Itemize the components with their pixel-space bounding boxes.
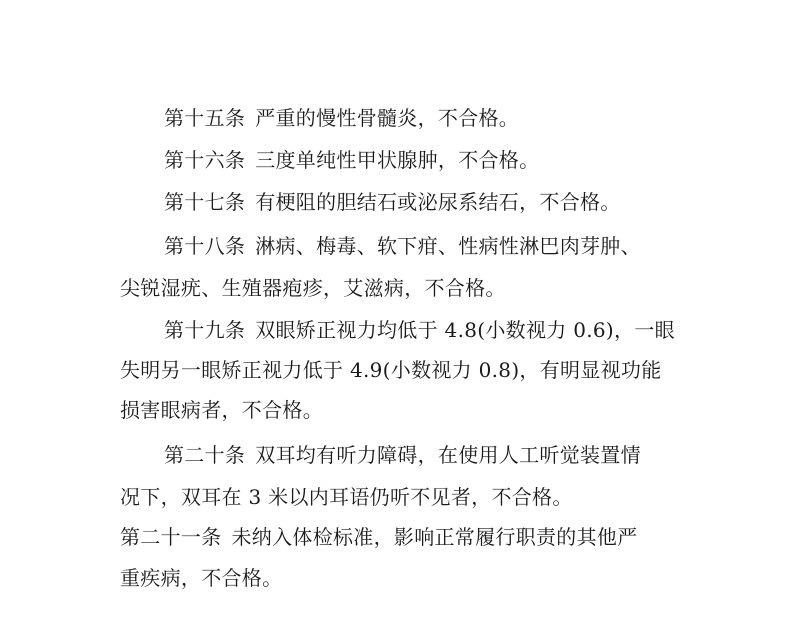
article-number: 第十六条 — [164, 148, 245, 172]
article-21: 第二十一条未纳入体检标准，影响正常履行职责的其他严 — [120, 525, 638, 549]
article-text: 有梗阻的胆结石或泌尿系结石，不合格。 — [255, 190, 620, 214]
article-number: 第二十条 — [164, 443, 245, 467]
article-16: 第十六条三度单纯性甲状腺肿，不合格。 — [164, 148, 539, 172]
article-text: 淋病、梅毒、软下疳、性病性淋巴肉芽肿、 — [255, 234, 641, 258]
article-number: 第十七条 — [164, 190, 245, 214]
article-17: 第十七条有梗阻的胆结石或泌尿系结石，不合格。 — [164, 190, 621, 214]
article-text: 严重的慢性骨髓炎，不合格。 — [255, 106, 519, 130]
article-19-cont-2: 损害眼病者，不合格。 — [120, 398, 323, 422]
article-20: 第二十条双耳均有听力障碍，在使用人工听觉装置情 — [164, 443, 641, 467]
article-18-cont: 尖锐湿疣、生殖器疱疹，艾滋病，不合格。 — [120, 276, 506, 300]
article-number: 第十八条 — [164, 234, 245, 258]
article-text: 三度单纯性甲状腺肿，不合格。 — [255, 148, 539, 172]
article-20-cont: 况下，双耳在 3 米以内耳语仍听不见者，不合格。 — [120, 485, 573, 509]
article-18: 第十八条淋病、梅毒、软下疳、性病性淋巴肉芽肿、 — [164, 234, 641, 258]
article-21-cont: 重疾病，不合格。 — [120, 566, 282, 590]
article-19-cont-1: 失明另一眼矫正视力低于 4.9(小数视力 0.8)，有明显视功能 — [120, 358, 662, 382]
article-number: 第二十一条 — [120, 525, 222, 549]
article-15: 第十五条严重的慢性骨髓炎，不合格。 — [164, 106, 519, 130]
article-number: 第十五条 — [164, 106, 245, 130]
article-text: 双眼矫正视力均低于 4.8(小数视力 0.6)，一眼 — [255, 318, 675, 342]
article-number: 第十九条 — [164, 318, 245, 342]
article-19: 第十九条双眼矫正视力均低于 4.8(小数视力 0.6)，一眼 — [164, 318, 675, 342]
article-text: 双耳均有听力障碍，在使用人工听觉装置情 — [255, 443, 641, 467]
article-text: 未纳入体检标准，影响正常履行职责的其他严 — [232, 525, 638, 549]
